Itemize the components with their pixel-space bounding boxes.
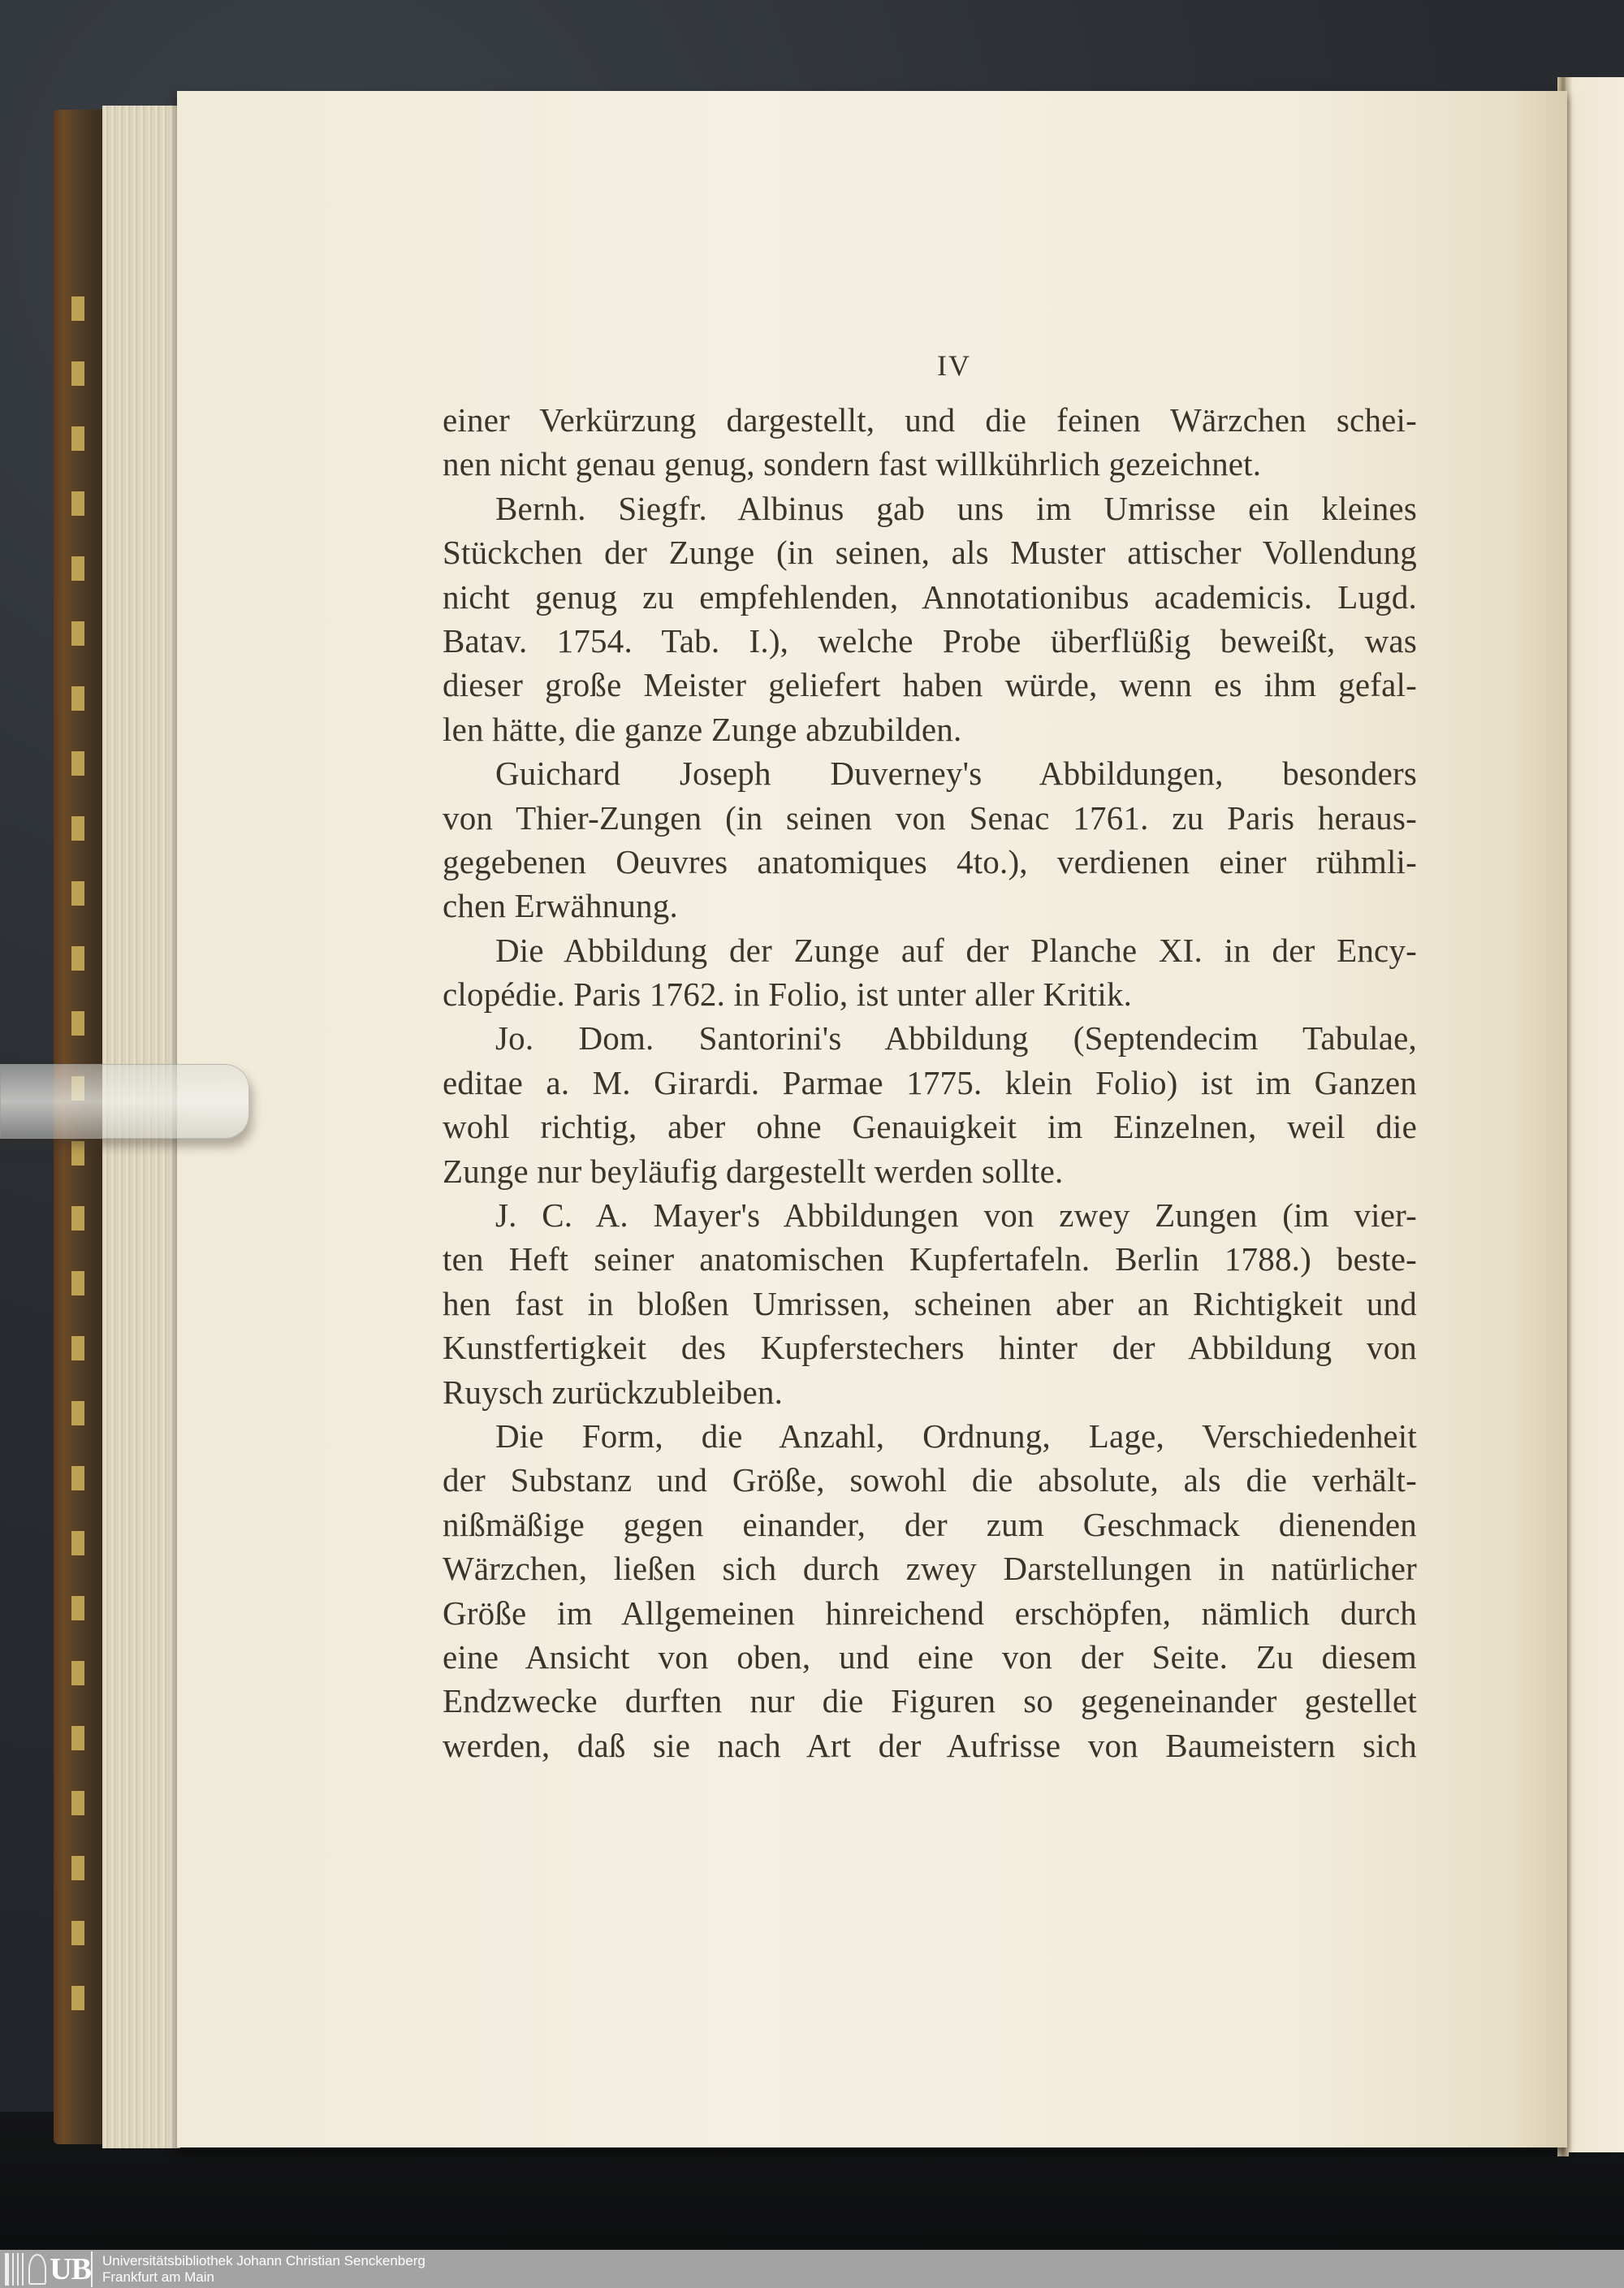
text-line: von Thier-Zungen (in seinen von Senac 17… (443, 796, 1417, 840)
text-line: chen Erwähnung. (443, 884, 1417, 928)
institution-name: Universitätsbibliothek Johann Christian … (102, 2253, 425, 2269)
text-line: Guichard Joseph Duverney's Abbildungen, … (443, 751, 1417, 795)
text-line: Kunstfertigkeit des Kupferstechers hinte… (443, 1326, 1417, 1369)
text-line: eine Ansicht von oben, und eine von der … (443, 1635, 1417, 1679)
text-line: der Substanz und Größe, sowohl die absol… (443, 1458, 1417, 1502)
text-line: Wärzchen, ließen sich durch zwey Darstel… (443, 1546, 1417, 1590)
text-line: Ruysch zurückzubleiben. (443, 1370, 1417, 1414)
facing-page (1566, 77, 1624, 2152)
text-line: Größe im Allgemeinen hinreichend erschöp… (443, 1591, 1417, 1635)
text-line: gegebenen Oeuvres anatomiques 4to.), ver… (443, 840, 1417, 884)
text-line: nicht genug zu empfehlenden, Annotationi… (443, 575, 1417, 619)
text-line: hen fast in bloßen Umrissen, scheinen ab… (443, 1282, 1417, 1326)
text-line: dieser große Meister geliefert haben wür… (443, 663, 1417, 707)
text-line: clopédie. Paris 1762. in Folio, ist unte… (443, 972, 1417, 1016)
gilt-ornament (71, 272, 84, 2047)
text-line: einer Verkürzung dargestellt, und die fe… (443, 398, 1417, 442)
text-line: Stückchen der Zunge (in seinen, als Must… (443, 530, 1417, 574)
text-line: editae a. M. Girardi. Parmae 1775. klein… (443, 1061, 1417, 1105)
text-line: Batav. 1754. Tab. I.), welche Probe über… (443, 619, 1417, 663)
text-line: werden, daß sie nach Art der Aufrisse vo… (443, 1724, 1417, 1767)
text-line: Die Abbildung der Zunge auf der Planche … (443, 928, 1417, 972)
text-line: wohl richtig, aber ohne Genauigkeit im E… (443, 1105, 1417, 1148)
text-lines: einer Verkürzung dargestellt, und die fe… (443, 398, 1417, 1767)
footer-bar: UB Universitätsbibliothek Johann Christi… (0, 2250, 1624, 2288)
text-line: Die Form, die Anzahl, Ordnung, Lage, Ver… (443, 1414, 1417, 1458)
text-line: Bernh. Siegfr. Albinus gab uns im Umriss… (443, 487, 1417, 530)
text-line: ten Heft seiner anatomischen Kupfertafel… (443, 1237, 1417, 1281)
page-number: IV (491, 341, 1417, 398)
text-line: nißmäßige gegen einander, der zum Geschm… (443, 1503, 1417, 1546)
text-line: Endzwecke durften nur die Figuren so geg… (443, 1679, 1417, 1723)
page-text-block: IV einer Verkürzung dargestellt, und die… (443, 341, 1417, 1767)
logo-portrait-icon (28, 2254, 47, 2285)
page-holder-clip (0, 1064, 249, 1139)
text-line: Zunge nur beyläufig dargestellt werden s… (443, 1149, 1417, 1193)
institution-location: Frankfurt am Main (102, 2269, 425, 2286)
text-line: J. C. A. Mayer's Abbildungen von zwey Zu… (443, 1193, 1417, 1237)
text-line: Jo. Dom. Santorini's Abbildung (Septende… (443, 1016, 1417, 1060)
logo-columns-icon (5, 2253, 25, 2286)
footer-institution: Universitätsbibliothek Johann Christian … (102, 2253, 425, 2286)
text-line: len hätte, die ganze Zunge abzubilden. (443, 707, 1417, 751)
ub-logo: UB (2, 2251, 93, 2287)
text-line: nen nicht genau genug, sondern fast will… (443, 442, 1417, 486)
logo-text: UB (50, 2251, 91, 2287)
